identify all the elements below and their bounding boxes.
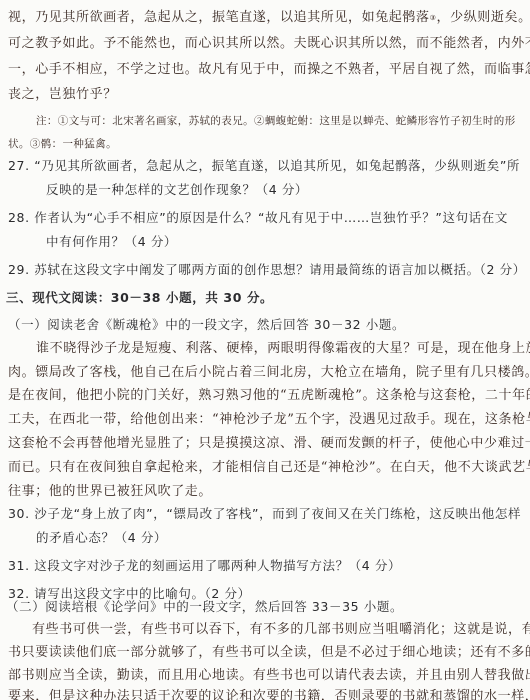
question-29: 29. 苏轼在这段文字中阐发了哪两方面的创作思想？请用最简练的语言加以概括。（2… (8, 262, 526, 278)
question-number: 31. (8, 558, 30, 573)
passage-line: 工夫，在西北一带，给他创出来：“神枪沙子龙”五个字，没遇见过敌手。现在，这条枪与 (8, 412, 530, 428)
section-heading: 三、现代文阅读：30－38 小题，共 30 分。 (6, 290, 273, 306)
question-30: 30. 沙子龙“身上放了肉”，“镖局改了客栈”，而到了夜间又在关门练枪，这反映出… (8, 506, 521, 522)
footnote-mark: ③ (430, 14, 437, 22)
question-number: 28. (8, 210, 30, 225)
question-number: 29. (8, 262, 30, 277)
passage-line: 一，心手不相应，不学之过也。故凡有见于中，而操之不熟者，平居自视了然，而临事忽焉 (8, 62, 530, 78)
part-heading: （二）阅读培根《论学问》中的一段文字，然后回答 33－35 小题。 (6, 599, 403, 615)
question-28-cont: 中有何作用？（4 分） (46, 234, 177, 250)
question-28: 28. 作者认为“心手不相应”的原因是什么？“故凡有见于中……岂独竹乎？”这句话… (8, 210, 508, 226)
question-30-cont: 的矛盾心态？（4 分） (36, 530, 167, 546)
passage-line: 视，乃见其所欲画者，急起从之，振笔直遂，以追其所见，如兔起鹘落③，少纵则逝矣。与 (8, 10, 530, 26)
question-text: 作者认为“心手不相应”的原因是什么？“故凡有见于中……岂独竹乎？”这句话在文 (34, 210, 508, 225)
question-text: 这段文字对沙子龙的刻画运用了哪两种人物描写方法？（4 分） (34, 558, 401, 573)
footnote-line: 状。③鹘：一种猛禽。 (8, 136, 117, 152)
passage-line: 丧之，岂独竹乎？ (8, 87, 117, 103)
question-text: 沙子龙“身上放了肉”，“镖局改了客栈”，而到了夜间又在关门练枪，这反映出他怎样 (34, 506, 521, 521)
passage-line: 部书则应当全读，勤读，而且用心地读。有些书也可以请代表去读，并且由别人替我做出节 (8, 668, 530, 684)
passage-line: 书只要读读他们底一部分就够了，有些书可以全读，但是不必过于细心地读；还有不多的几 (8, 645, 530, 661)
exam-page: 视，乃见其所欲画者，急起从之，振笔直遂，以追其所见，如兔起鹘落③，少纵则逝矣。与… (0, 0, 530, 700)
question-27: 27. “乃见其所欲画者，急起从之，振笔直遂，以追其所见，如兔起鹘落，少纵则逝矣… (8, 158, 520, 174)
passage-line: 有些书可供一尝，有些书可以吞下，有不多的几部书则应当咀嚼消化；这就是说，有些 (32, 622, 530, 638)
passage-line: 这套枪不会再替他增光显胜了；只是摸摸这凉、滑、硬而发颤的杆子，使他心中少难过一些 (8, 436, 530, 452)
footnote-line: 注：①文与可：北宋著名画家，苏轼的表兄。②蜩蝮蛇蚹：这里是以蝉壳、蛇鳞形容竹子初… (36, 113, 516, 129)
passage-line: 是在夜间，他把小院的门关好，熟习熟习他的“五虎断魂枪”。这条枪与这套枪，二十年的 (8, 388, 530, 404)
question-31: 31. 这段文字对沙子龙的刻画运用了哪两种人物描写方法？（4 分） (8, 558, 401, 574)
passage-text: 视，乃见其所欲画者，急起从之，振笔直遂，以追其所见，如兔起鹘落 (8, 10, 430, 25)
passage-line: 肉。镖局改了客栈，他自己在后小院占着三间北房，大枪立在墙角，院子里有几只楼鸽。只 (8, 365, 530, 381)
question-text: 苏轼在这段文字中阐发了哪两方面的创作思想？请用最简练的语言加以概括。（2 分） (34, 262, 526, 277)
question-number: 27. (8, 158, 30, 173)
question-text: “乃见其所欲画者，急起从之，振笔直遂，以追其所见，如兔起鹘落，少纵则逝矣”所 (34, 158, 520, 173)
passage-line: 往事；他的世界已被狂风吹了走。 (8, 484, 212, 500)
passage-text: ，少纵则逝矣。与 (437, 10, 530, 25)
passage-line: 可之教予如此。予不能然也，而心识其所以然。夫既心识其所以然，而不能然者，内外不 (8, 36, 530, 52)
question-27-cont: 反映的是一种怎样的文艺创作现象？（4 分） (46, 182, 308, 198)
passage-line: 要来，但是这种办法只适于次要的议论和次要的书籍，否则录要的书就和蒸馏的水一样，都 (8, 689, 530, 700)
passage-line: 谁不晓得沙子龙是短瘦、利落、硬棒，两眼明得像霜夜的大星？可是，现在他身上放了 (36, 341, 530, 357)
passage-line: 而已。只有在夜间独自拿起枪来，才能相信自己还是“神枪沙”。在白天，他不大谈武艺与 (8, 460, 530, 476)
question-number: 30. (8, 506, 30, 521)
part-heading: （一）阅读老舍《断魂枪》中的一段文字，然后回答 30－32 小题。 (8, 317, 405, 333)
